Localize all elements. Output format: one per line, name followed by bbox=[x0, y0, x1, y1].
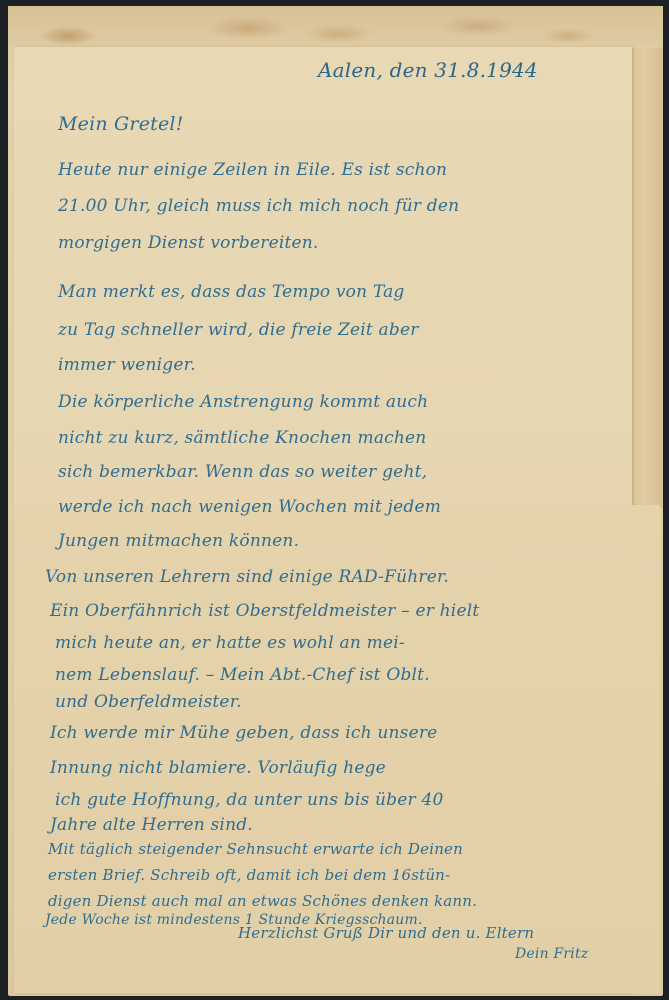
letter-line: nem Lebenslauf. – Mein Abt.-Chef ist Obl… bbox=[55, 665, 430, 685]
letter-line: mich heute an, er hatte es wohl an mei- bbox=[55, 633, 405, 653]
letter-line: Ein Oberfähnrich ist Oberstfeldmeister –… bbox=[50, 601, 479, 621]
letter-body: Aalen, den 31.8.1944 Mein Gretel! Heute … bbox=[0, 0, 669, 1000]
letter-line: Heute nur einige Zeilen in Eile. Es ist … bbox=[58, 160, 447, 180]
letter-line: Die körperliche Anstrengung kommt auch bbox=[58, 392, 428, 412]
letter-line: Von unseren Lehrern sind einige RAD-Führ… bbox=[45, 567, 449, 587]
letter-line: sich bemerkbar. Wenn das so weiter geht, bbox=[58, 462, 427, 482]
letter-salutation: Mein Gretel! bbox=[58, 113, 184, 135]
letter-line: 21.00 Uhr, gleich muss ich mich noch für… bbox=[58, 196, 459, 216]
letter-line: digen Dienst auch mal an etwas Schönes d… bbox=[48, 892, 477, 910]
letter-closing: Herzlichst Gruß Dir und den u. Eltern bbox=[238, 924, 534, 942]
letter-line: immer weniger. bbox=[58, 355, 196, 375]
letter-line: Man merkt es, dass das Tempo von Tag bbox=[58, 282, 405, 302]
letter-line: Jungen mitmachen können. bbox=[58, 531, 299, 551]
letter-signature: Dein Fritz bbox=[515, 946, 588, 962]
letter-line: ersten Brief. Schreib oft, damit ich bei… bbox=[48, 866, 450, 884]
letter-line: nicht zu kurz, sämtliche Knochen machen bbox=[58, 428, 426, 448]
letter-line: werde ich nach wenigen Wochen mit jedem bbox=[58, 497, 441, 517]
letter-line: Mit täglich steigender Sehnsucht erwarte… bbox=[48, 840, 463, 858]
letter-line: zu Tag schneller wird, die freie Zeit ab… bbox=[58, 320, 419, 340]
letter-dateline: Aalen, den 31.8.1944 bbox=[318, 58, 538, 82]
letter-line: morgigen Dienst vorbereiten. bbox=[58, 233, 319, 253]
letter-line: Jahre alte Herren sind. bbox=[50, 815, 253, 835]
letter-line: und Oberfeldmeister. bbox=[55, 692, 242, 712]
letter-line: ich gute Hoffnung, da unter uns bis über… bbox=[55, 790, 444, 810]
letter-line: Ich werde mir Mühe geben, dass ich unser… bbox=[50, 723, 437, 743]
letter-line: Innung nicht blamiere. Vorläufig hege bbox=[50, 758, 386, 778]
